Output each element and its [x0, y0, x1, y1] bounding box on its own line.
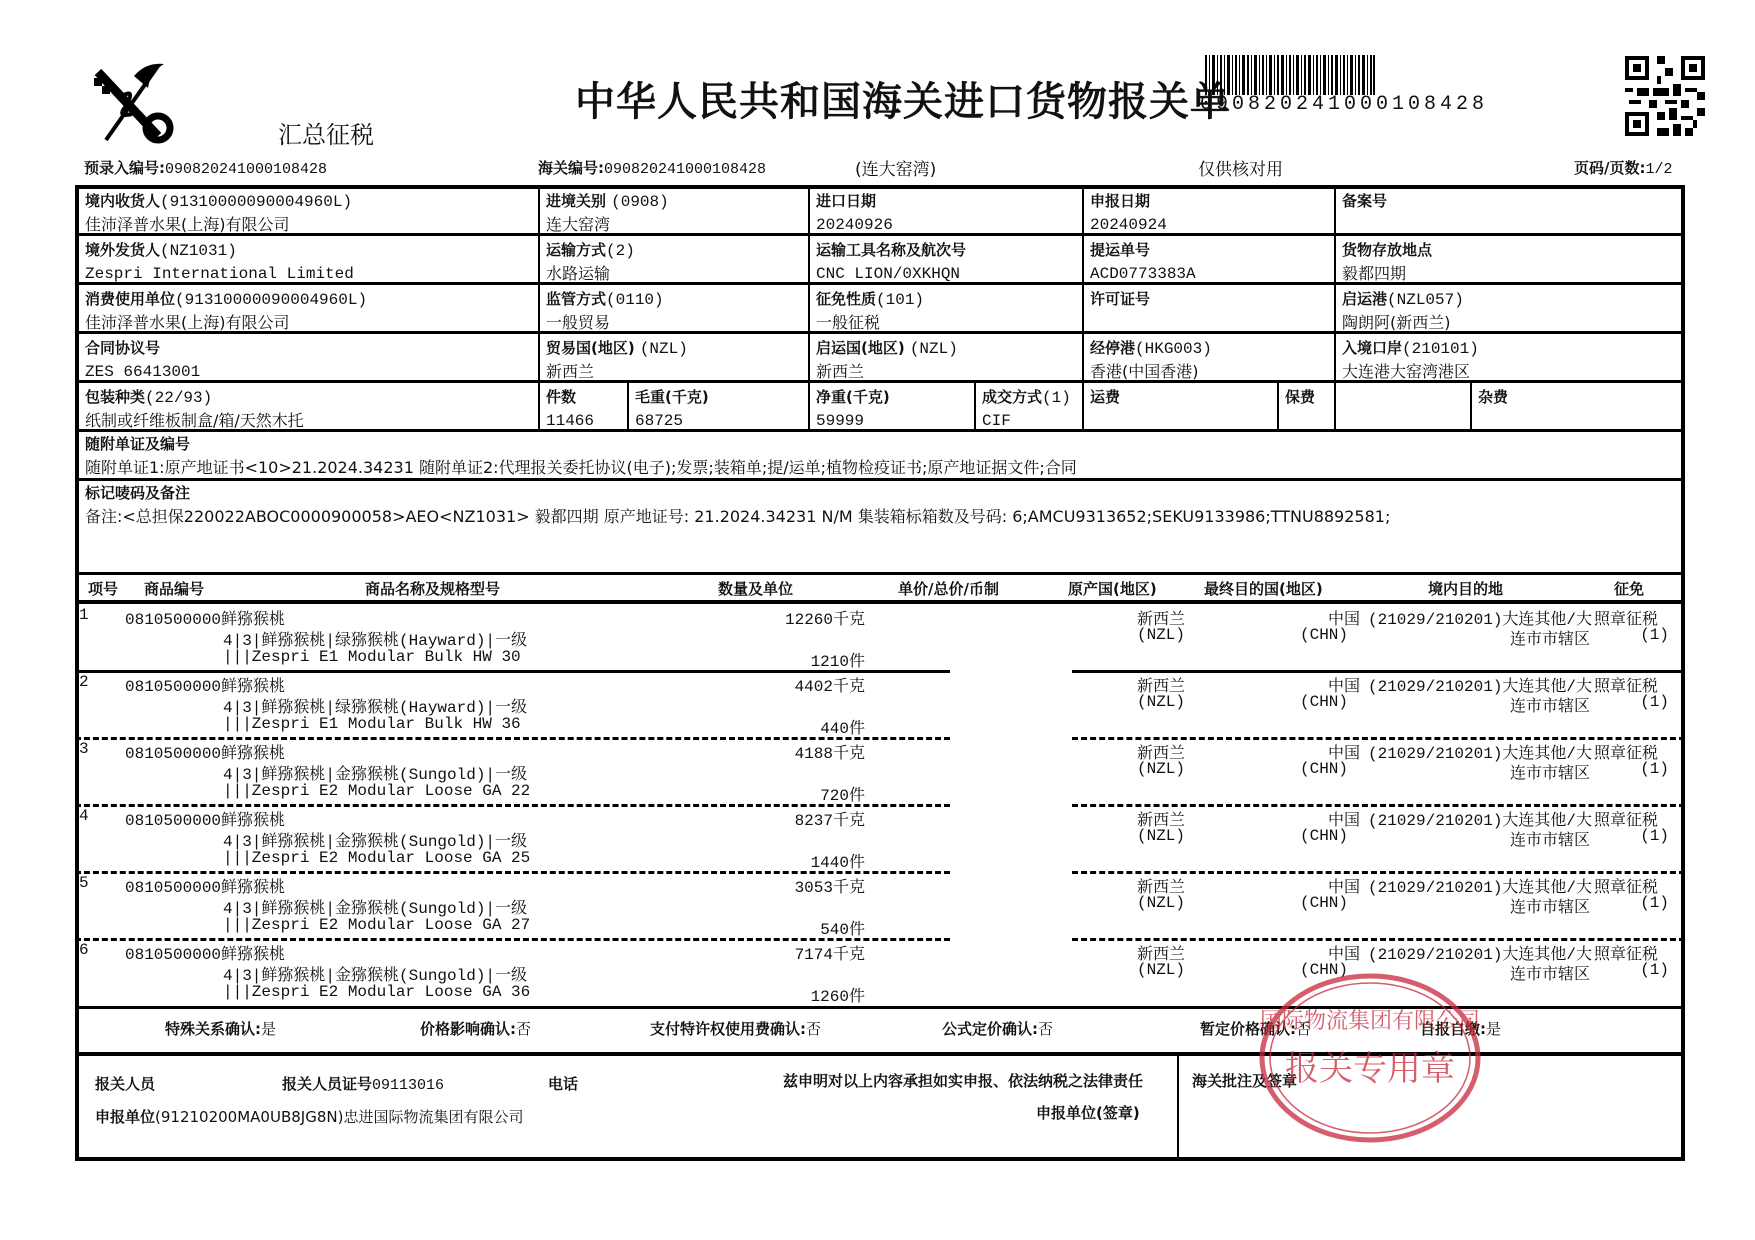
declare-date-field: 申报日期 20240924 — [1084, 187, 1332, 239]
item-qty-pieces: 720件 — [700, 782, 865, 805]
item-spec: 4|3|鲜猕猴桃|金猕猴桃(Sungold)|一级 — [223, 962, 527, 985]
phone-label: 电话 — [548, 1073, 578, 1094]
declarant-label: 报关人员 — [95, 1073, 155, 1094]
item-no: 1 — [79, 606, 89, 624]
col-dest: 最终目的国(地区) — [1204, 578, 1323, 599]
item-model: |||Zespri E2 Modular Loose GA 22 — [223, 782, 530, 800]
company-seal-stamp: 报关专用章 国际物流集团有限公司 — [1255, 968, 1485, 1148]
item-no: 3 — [79, 740, 89, 758]
entry-port-field: 入境口岸(210101) 大连港大窑湾港区 — [1336, 334, 1681, 386]
import-date-field: 进口日期 20240926 — [810, 187, 1080, 239]
confirmation-4: 公式定价确认:否 — [942, 1018, 1053, 1039]
departure-country-field: 启运国(地区) (NZL) 新西兰 — [810, 334, 1080, 386]
item-spec: 4|3|鲜猕猴桃|绿猕猴桃(Hayward)|一级 — [223, 627, 527, 650]
item-dest-code: (CHN) — [1300, 827, 1348, 845]
item-code-name: 0810500000鲜猕猴桃 — [125, 673, 285, 696]
customs-number: 海关编号:090820241000108428 — [538, 157, 766, 178]
declaring-unit-seal: 申报单位(签章) — [1036, 1102, 1140, 1123]
item-model: |||Zespri E2 Modular Loose GA 25 — [223, 849, 530, 867]
item-qty-pieces: 540件 — [700, 916, 865, 939]
vessel-field: 运输工具名称及航次号 CNC LION/0XKHQN — [810, 236, 1080, 288]
item-levy-code: (1) — [1594, 894, 1669, 912]
col-code: 商品编号 — [144, 578, 204, 599]
item-origin-code: (NZL) — [1080, 961, 1185, 979]
misc-fee-field: 杂费 — [1472, 383, 1681, 435]
departure-port-field: 启运港(NZL057) 陶朗阿(新西兰) — [1336, 285, 1681, 337]
item-model: |||Zespri E2 Modular Loose GA 27 — [223, 916, 530, 934]
item-qty-pieces: 1440件 — [700, 849, 865, 872]
license-field: 许可证号 — [1084, 285, 1332, 337]
item-qty-pieces: 1210件 — [700, 648, 865, 671]
net-weight-field: 净重(千克) 59999 — [810, 383, 973, 435]
declaring-unit: 申报单位(91210200MA0UB8JG8N)忠进国际物流集团有限公司 — [95, 1106, 523, 1127]
consignee-field: 境内收货人(91310000090004960L) 佳沛泽普水果(上海)有限公司 — [79, 187, 537, 239]
gross-weight-field: 毛重(千克) 68725 — [629, 383, 807, 435]
transport-mode-field: 运输方式(2) 水路运输 — [540, 236, 806, 288]
for-check-only-note: 仅供核对用 — [1198, 155, 1283, 180]
item-levy-code: (1) — [1594, 693, 1669, 711]
declaration-statement: 兹申明对以上内容承担如实申报、依法纳税之法律责任 — [783, 1070, 1143, 1091]
col-price: 单价/总价/币制 — [898, 578, 999, 599]
item-domestic-2: 连市市辖区 — [1490, 827, 1590, 850]
col-origin: 原产国(地区) — [1068, 578, 1157, 599]
item-origin-code: (NZL) — [1080, 626, 1185, 644]
item-levy-code: (1) — [1594, 961, 1669, 979]
item-dest-code: (CHN) — [1300, 760, 1348, 778]
item-origin-code: (NZL) — [1080, 827, 1185, 845]
item-code-name: 0810500000鲜猕猴桃 — [125, 740, 285, 763]
document-subtitle: 汇总征税 — [278, 115, 374, 150]
supervision-field: 监管方式(0110) 一般贸易 — [540, 285, 806, 337]
item-qty-weight: 3053千克 — [700, 874, 865, 897]
freight-field: 运费 — [1084, 383, 1276, 435]
item-no: 6 — [79, 941, 89, 959]
declarant-id: 报关人员证号09113016 — [282, 1073, 444, 1094]
tax-nature-field: 征免性质(101) 一般征税 — [810, 285, 1080, 337]
entry-customs-field: 进境关别 (0908) 连大窑湾 — [540, 187, 806, 239]
item-origin-code: (NZL) — [1080, 760, 1185, 778]
item-qty-weight: 4402千克 — [700, 673, 865, 696]
storage-field: 货物存放地点 毅都四期 — [1336, 236, 1681, 288]
item-code-name: 0810500000鲜猕猴桃 — [125, 606, 285, 629]
qr-code-icon — [1625, 56, 1705, 136]
svg-text:国际物流集团有限公司: 国际物流集团有限公司 — [1260, 1009, 1480, 1034]
page-indicator: 页码/页数:1/2 — [1574, 157, 1673, 178]
bill-no-field: 提运单号 ACD0773383A — [1084, 236, 1332, 288]
item-domestic-2: 连市市辖区 — [1490, 760, 1590, 783]
item-no: 4 — [79, 807, 89, 825]
col-name: 商品名称及规格型号 — [365, 578, 500, 599]
item-origin-code: (NZL) — [1080, 894, 1185, 912]
item-qty-pieces: 440件 — [700, 715, 865, 738]
shipper-field: 境外发货人(NZ1031) Zespri International Limit… — [79, 236, 537, 288]
col-qty: 数量及单位 — [718, 578, 793, 599]
documents-field: 随附单证及编号 随附单证1:原产地证书<10>21.2024.34231 随附单… — [79, 430, 1679, 482]
item-domestic-2: 连市市辖区 — [1490, 626, 1590, 649]
item-dest-code: (CHN) — [1300, 626, 1348, 644]
barcode-number: 090820241000108428 — [1200, 93, 1488, 116]
item-no: 5 — [79, 874, 89, 892]
deal-mode-field: 成交方式(1) CIF — [976, 383, 1081, 435]
pre-entry-number: 预录入编号:090820241000108428 — [84, 157, 327, 178]
item-qty-weight: 4188千克 — [700, 740, 865, 763]
col-levy: 征免 — [1614, 578, 1644, 599]
item-qty-pieces: 1260件 — [700, 983, 865, 1006]
item-qty-weight: 12260千克 — [700, 606, 865, 629]
pieces-field: 件数 11466 — [540, 383, 626, 435]
trade-country-field: 贸易国(地区) (NZL) 新西兰 — [540, 334, 806, 386]
contract-field: 合同协议号 ZES 66413001 — [79, 334, 537, 386]
insurance-field: 保费 — [1279, 383, 1469, 435]
confirmation-1: 特殊关系确认:是 — [165, 1018, 276, 1039]
item-no: 2 — [79, 673, 89, 691]
remarks-field: 标记唛码及备注 备注:<总担保220022ABOC0000900058>AEO<… — [79, 479, 1679, 531]
item-model: |||Zespri E1 Modular Bulk HW 30 — [223, 648, 521, 666]
item-levy-code: (1) — [1594, 626, 1669, 644]
confirmation-3: 支付特许权使用费确认:否 — [650, 1018, 821, 1039]
customs-office: (连大窑湾) — [855, 155, 936, 180]
col-domestic: 境内目的地 — [1428, 578, 1503, 599]
item-code-name: 0810500000鲜猕猴桃 — [125, 874, 285, 897]
item-domestic-2: 连市市辖区 — [1490, 693, 1590, 716]
col-item-no: 项号 — [88, 578, 118, 599]
barcode-icon — [1205, 55, 1375, 95]
item-model: |||Zespri E1 Modular Bulk HW 36 — [223, 715, 521, 733]
item-code-name: 0810500000鲜猕猴桃 — [125, 807, 285, 830]
customs-emblem-icon — [86, 58, 176, 148]
consumer-field: 消费使用单位(91310000090004960L) 佳沛泽普水果(上海)有限公… — [79, 285, 537, 337]
svg-text:报关专用章: 报关专用章 — [1285, 1049, 1455, 1089]
transit-port-field: 经停港(HKG003) 香港(中国香港) — [1084, 334, 1332, 386]
item-domestic-2: 连市市辖区 — [1490, 894, 1590, 917]
item-domestic-2: 连市市辖区 — [1490, 961, 1590, 984]
item-spec: 4|3|鲜猕猴桃|金猕猴桃(Sungold)|一级 — [223, 828, 527, 851]
item-qty-weight: 7174千克 — [700, 941, 865, 964]
item-dest-code: (CHN) — [1300, 693, 1348, 711]
record-no-field: 备案号 — [1336, 187, 1681, 239]
document-title: 中华人民共和国海关进口货物报关单 — [575, 70, 1231, 127]
item-levy-code: (1) — [1594, 760, 1669, 778]
confirmation-2: 价格影响确认:否 — [420, 1018, 531, 1039]
item-model: |||Zespri E2 Modular Loose GA 36 — [223, 983, 530, 1001]
item-levy-code: (1) — [1594, 827, 1669, 845]
item-spec: 4|3|鲜猕猴桃|绿猕猴桃(Hayward)|一级 — [223, 694, 527, 717]
item-spec: 4|3|鲜猕猴桃|金猕猴桃(Sungold)|一级 — [223, 895, 527, 918]
package-type-field: 包装种类(22/93) 纸制或纤维板制盒/箱/天然木托 — [79, 383, 537, 435]
item-spec: 4|3|鲜猕猴桃|金猕猴桃(Sungold)|一级 — [223, 761, 527, 784]
item-qty-weight: 8237千克 — [700, 807, 865, 830]
item-code-name: 0810500000鲜猕猴桃 — [125, 941, 285, 964]
item-dest-code: (CHN) — [1300, 894, 1348, 912]
item-origin-code: (NZL) — [1080, 693, 1185, 711]
